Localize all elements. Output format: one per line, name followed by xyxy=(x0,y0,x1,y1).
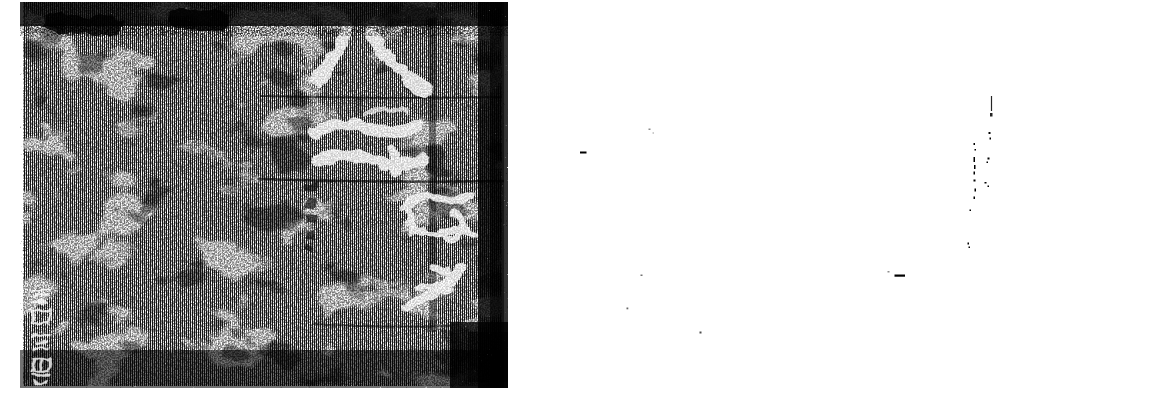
page-background: 八字 八 字 xyxy=(0,0,1152,400)
cover-noise-canvas xyxy=(20,2,508,388)
dust-specks xyxy=(580,129,905,334)
dust-speck-cluster xyxy=(968,132,992,248)
streak-tail-dot xyxy=(990,113,993,117)
pepper-overlay xyxy=(23,2,502,386)
scanned-cover-image: 八字 八 字 xyxy=(20,2,508,388)
